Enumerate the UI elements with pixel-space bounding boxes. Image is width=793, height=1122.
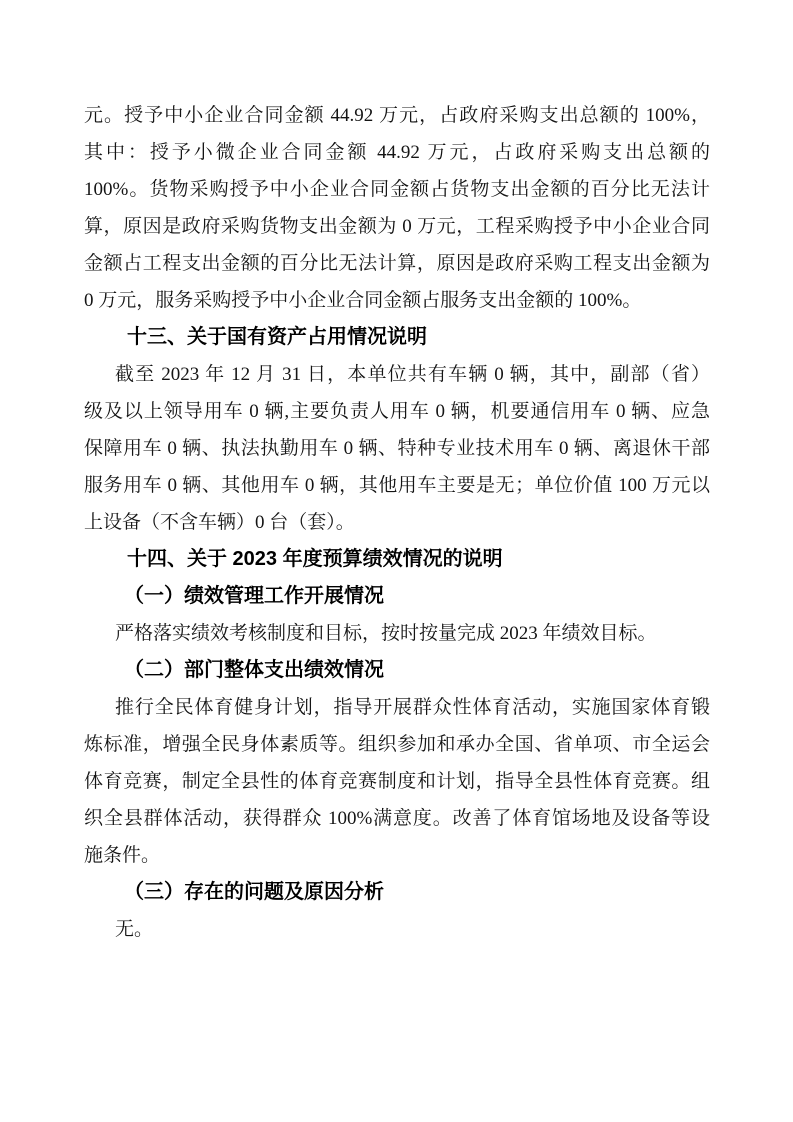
paragraph-procurement: 元。授予中小企业合同金额 44.92 万元，占政府采购支出总额的 100%， 其… [84,97,710,319]
document-page: 元。授予中小企业合同金额 44.92 万元，占政府采购支出总额的 100%， 其… [0,0,793,1122]
text-line: 100%。货物采购授予中小企业合同金额占货物支出金额的百分比无法计 [84,171,710,208]
text-line: 元。授予中小企业合同金额 44.92 万元，占政府采购支出总额的 100%， [84,97,710,134]
paragraph-expenditure-performance: 推行全民体育健身计划，指导开展群众性体育活动，实施国家体育锻 炼标准，增强全民身… [84,689,710,874]
heading-line: （三）存在的问题及原因分析 [84,874,710,911]
text-line: 截至 2023 年 12 月 31 日，本单位共有车辆 0 辆，其中，副部（省） [84,356,710,393]
subsection-heading-2: （二）部门整体支出绩效情况 [84,652,710,689]
text-line: 级及以上领导用车 0 辆,主要负责人用车 0 辆，机要通信用车 0 辆、应急 [84,393,710,430]
paragraph-state-assets: 截至 2023 年 12 月 31 日，本单位共有车辆 0 辆，其中，副部（省）… [84,356,710,541]
subsection-heading-1: （一）绩效管理工作开展情况 [84,578,710,615]
heading-line: （一）绩效管理工作开展情况 [84,578,710,615]
section-heading-14: 十四、关于 2023 年度预算绩效情况的说明 [84,541,710,578]
text-line: 织全县群体活动，获得群众 100%满意度。改善了体育馆场地及设备等设 [84,800,710,837]
text-line: 服务用车 0 辆、其他用车 0 辆，其他用车主要是无；单位价值 100 万元以 [84,467,710,504]
text-line: 严格落实绩效考核制度和目标，按时按量完成 2023 年绩效目标。 [84,615,710,652]
text-line: 保障用车 0 辆、执法执勤用车 0 辆、特种专业技术用车 0 辆、离退休干部 [84,430,710,467]
heading-line: 十四、关于 2023 年度预算绩效情况的说明 [84,541,710,578]
heading-line: 十三、关于国有资产占用情况说明 [84,319,710,356]
subsection-heading-3: （三）存在的问题及原因分析 [84,874,710,911]
text-line: 算，原因是政府采购货物支出金额为 0 万元，工程采购授予中小企业合同 [84,208,710,245]
text-line: 0 万元，服务采购授予中小企业合同金额占服务支出金额的 100%。 [84,282,710,319]
text-line: 体育竞赛，制定全县性的体育竞赛制度和计划，指导全县性体育竞赛。组 [84,763,710,800]
text-line: 无。 [84,911,710,948]
section-heading-13: 十三、关于国有资产占用情况说明 [84,319,710,356]
text-line: 上设备（不含车辆）0 台（套）。 [84,504,710,541]
text-line: 金额占工程支出金额的百分比无法计算，原因是政府采购工程支出金额为 [84,245,710,282]
paragraph-performance-management: 严格落实绩效考核制度和目标，按时按量完成 2023 年绩效目标。 [84,615,710,652]
text-line: 炼标准，增强全民身体素质等。组织参加和承办全国、省单项、市全运会 [84,726,710,763]
text-line: 其中：授予小微企业合同金额 44.92 万元，占政府采购支出总额的 [84,134,710,171]
paragraph-problems: 无。 [84,911,710,948]
heading-line: （二）部门整体支出绩效情况 [84,652,710,689]
text-line: 推行全民体育健身计划，指导开展群众性体育活动，实施国家体育锻 [84,689,710,726]
text-line: 施条件。 [84,837,710,874]
